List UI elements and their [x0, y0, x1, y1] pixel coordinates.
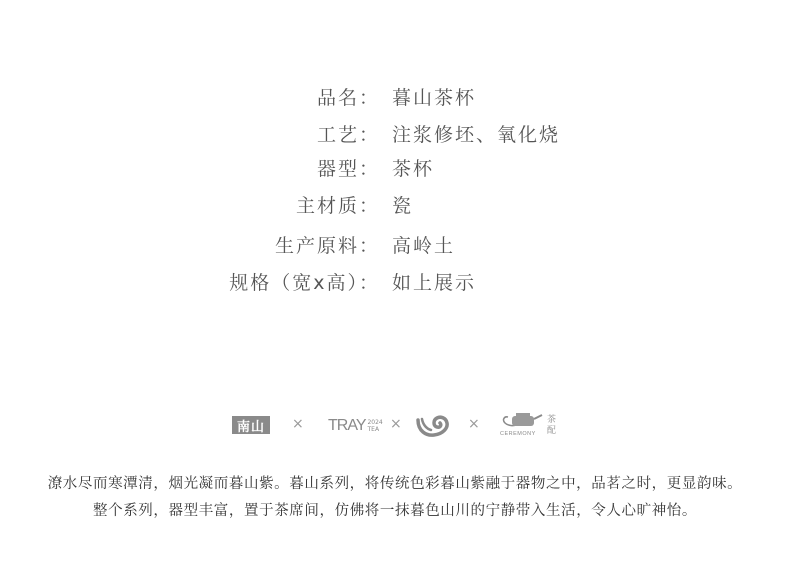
- spec-label: 规格（宽x高）：: [229, 271, 380, 295]
- nanshan-logo: 南山: [232, 416, 270, 434]
- description-line-1: 潦水尽而寒潭清，烟光凝而暮山紫。暮山系列，将传统色彩暮山紫融于器物之中，品茗之时…: [0, 472, 790, 493]
- brand-logos: 南山 × TRAY 2024 TEA × × CEREMONY 茶 配: [230, 410, 570, 442]
- ceremony-text: CEREMONY: [500, 431, 536, 437]
- spec-row-raw-material: 生产原料： 高岭土: [0, 234, 790, 258]
- description-line-2: 整个系列，器型丰富，置于茶席间，仿佛将一抹暮色山川的宁静带入生活，令人心旷神怡。: [0, 499, 790, 520]
- collab-separator: ×: [468, 416, 480, 432]
- spec-row-name: 品名： 暮山茶杯: [0, 86, 790, 110]
- tray-sub-text: TEA: [367, 426, 382, 433]
- spec-label: 器型：: [317, 157, 380, 181]
- spec-value: 如上展示: [392, 271, 476, 295]
- spec-value: 注浆修坯、氧化烧: [392, 123, 560, 147]
- spec-row-size: 规格（宽x高）： 如上展示: [0, 271, 790, 295]
- spec-value: 茶杯: [392, 157, 434, 181]
- tray-logo-sub: 2024 TEA: [367, 419, 382, 433]
- tray-tea-logo: TRAY 2024 TEA: [328, 410, 383, 442]
- spec-row-material: 主材质： 瓷: [0, 194, 790, 218]
- ceremony-cn-1: 茶: [547, 415, 556, 426]
- spec-value: 瓷: [392, 194, 413, 218]
- ceremony-logo: CEREMONY 茶 配: [500, 410, 556, 442]
- spec-value: 暮山茶杯: [392, 86, 476, 110]
- tray-year: 2024: [367, 419, 382, 426]
- spec-label: 品名：: [317, 86, 380, 110]
- spec-label: 主材质：: [296, 194, 380, 218]
- tray-logo-text: TRAY: [328, 417, 365, 435]
- spec-label: 生产原料：: [275, 234, 380, 258]
- spec-value: 高岭土: [392, 234, 455, 258]
- ceremony-cn-2: 配: [547, 426, 556, 437]
- collab-separator: ×: [292, 416, 304, 432]
- spec-row-craft: 工艺： 注浆修坯、氧化烧: [0, 123, 790, 147]
- ceremony-cn: 茶 配: [547, 415, 556, 437]
- collab-separator: ×: [390, 416, 402, 432]
- teapot-icon: CEREMONY: [500, 411, 544, 441]
- spec-label: 工艺：: [317, 123, 380, 147]
- spec-row-shape: 器型： 茶杯: [0, 157, 790, 181]
- swirl-logo-icon: [416, 410, 450, 442]
